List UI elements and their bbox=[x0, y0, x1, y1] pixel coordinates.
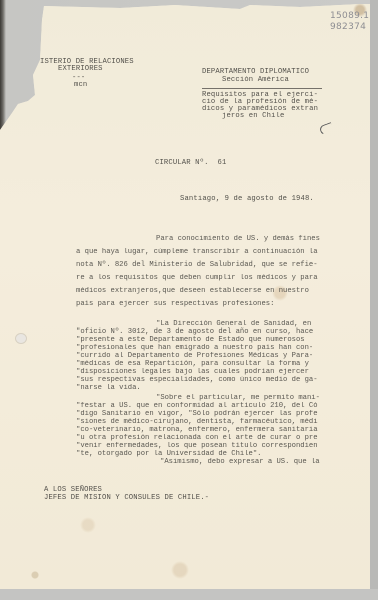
quote-line: "narse la vida. bbox=[76, 384, 141, 392]
quote-line: "médicas de esa Repartición, para consul… bbox=[76, 360, 309, 368]
quote-line: "co-veterinario, matrona, enfermero, enf… bbox=[76, 426, 318, 434]
quote-line: "u otra profesión relacionada con el art… bbox=[76, 434, 318, 442]
archive-number-1: 15089.1 bbox=[330, 11, 369, 21]
addressee-line-2: JEFES DE MISION Y CONSULES DE CHILE.- bbox=[44, 494, 209, 502]
quote-line: "festar a US. que en conformidad al artí… bbox=[76, 402, 318, 410]
subject-line-4: jeros en Chile bbox=[222, 112, 285, 120]
circular-number: CIRCULAR Nº. 61 bbox=[155, 159, 226, 167]
quote-line: "profesionales que han emigrado a nuestr… bbox=[76, 344, 313, 352]
quote-line: "venir enfermedades, los que posean títu… bbox=[76, 442, 318, 450]
quote-line: "oficio Nº. 3012, de 3 de agosto del año… bbox=[76, 328, 313, 336]
department-section: Sección América bbox=[222, 76, 289, 84]
subject-rule bbox=[202, 88, 322, 89]
quote-line: "Asimismo, debo expresar a US. que la bbox=[160, 458, 320, 466]
quote-line: "te, otorgado por la Universidad de Chil… bbox=[76, 450, 261, 458]
intro-line: re a los requisitos que deben cumplir lo… bbox=[76, 274, 318, 282]
quote-line: "currido al Departamento de Profesiones … bbox=[76, 352, 313, 360]
dateline: Santiago, 9 de agosto de 1948. bbox=[180, 195, 314, 203]
department-title: DEPARTAMENTO DIPLOMATICO bbox=[202, 68, 309, 76]
intro-line: a que haya lugar, cúmpleme transcribir a… bbox=[76, 248, 318, 256]
intro-line: nota Nº. 826 del Ministerio de Salubrida… bbox=[76, 261, 318, 269]
ministry-initials: mcn bbox=[74, 81, 87, 89]
quote-line: "presente a este Departamento de Estado … bbox=[76, 336, 305, 344]
punch-hole bbox=[16, 334, 26, 343]
addressee-line-1: A LOS SEÑORES bbox=[44, 486, 102, 494]
archive-number-2: 982374 bbox=[330, 22, 366, 32]
quote-line: "digo Sanitario en vigor, "Sólo podrán e… bbox=[76, 410, 318, 418]
ministry-line-2: EXTERIORES bbox=[58, 65, 103, 73]
quote-line: "Sobre el particular, me permito mani- bbox=[156, 394, 320, 402]
scanner-edge-bottom bbox=[0, 589, 378, 600]
quote-line: "disposiciones legales bajo las cuales p… bbox=[76, 368, 309, 376]
intro-line: país para ejercer sus respectivas profes… bbox=[76, 300, 274, 308]
quote-line: "La Dirección General de Sanidad, en bbox=[156, 320, 311, 328]
quote-line: "sus respectivas especialidades, como ún… bbox=[76, 376, 318, 384]
scanner-edge-right bbox=[370, 0, 378, 600]
quote-line: "siones de médico-cirujano, dentista, fa… bbox=[76, 418, 318, 426]
intro-line: médicos extranjeros,que deseen establece… bbox=[76, 287, 309, 295]
intro-line: Para conocimiento de US. y demás fines bbox=[156, 235, 320, 243]
